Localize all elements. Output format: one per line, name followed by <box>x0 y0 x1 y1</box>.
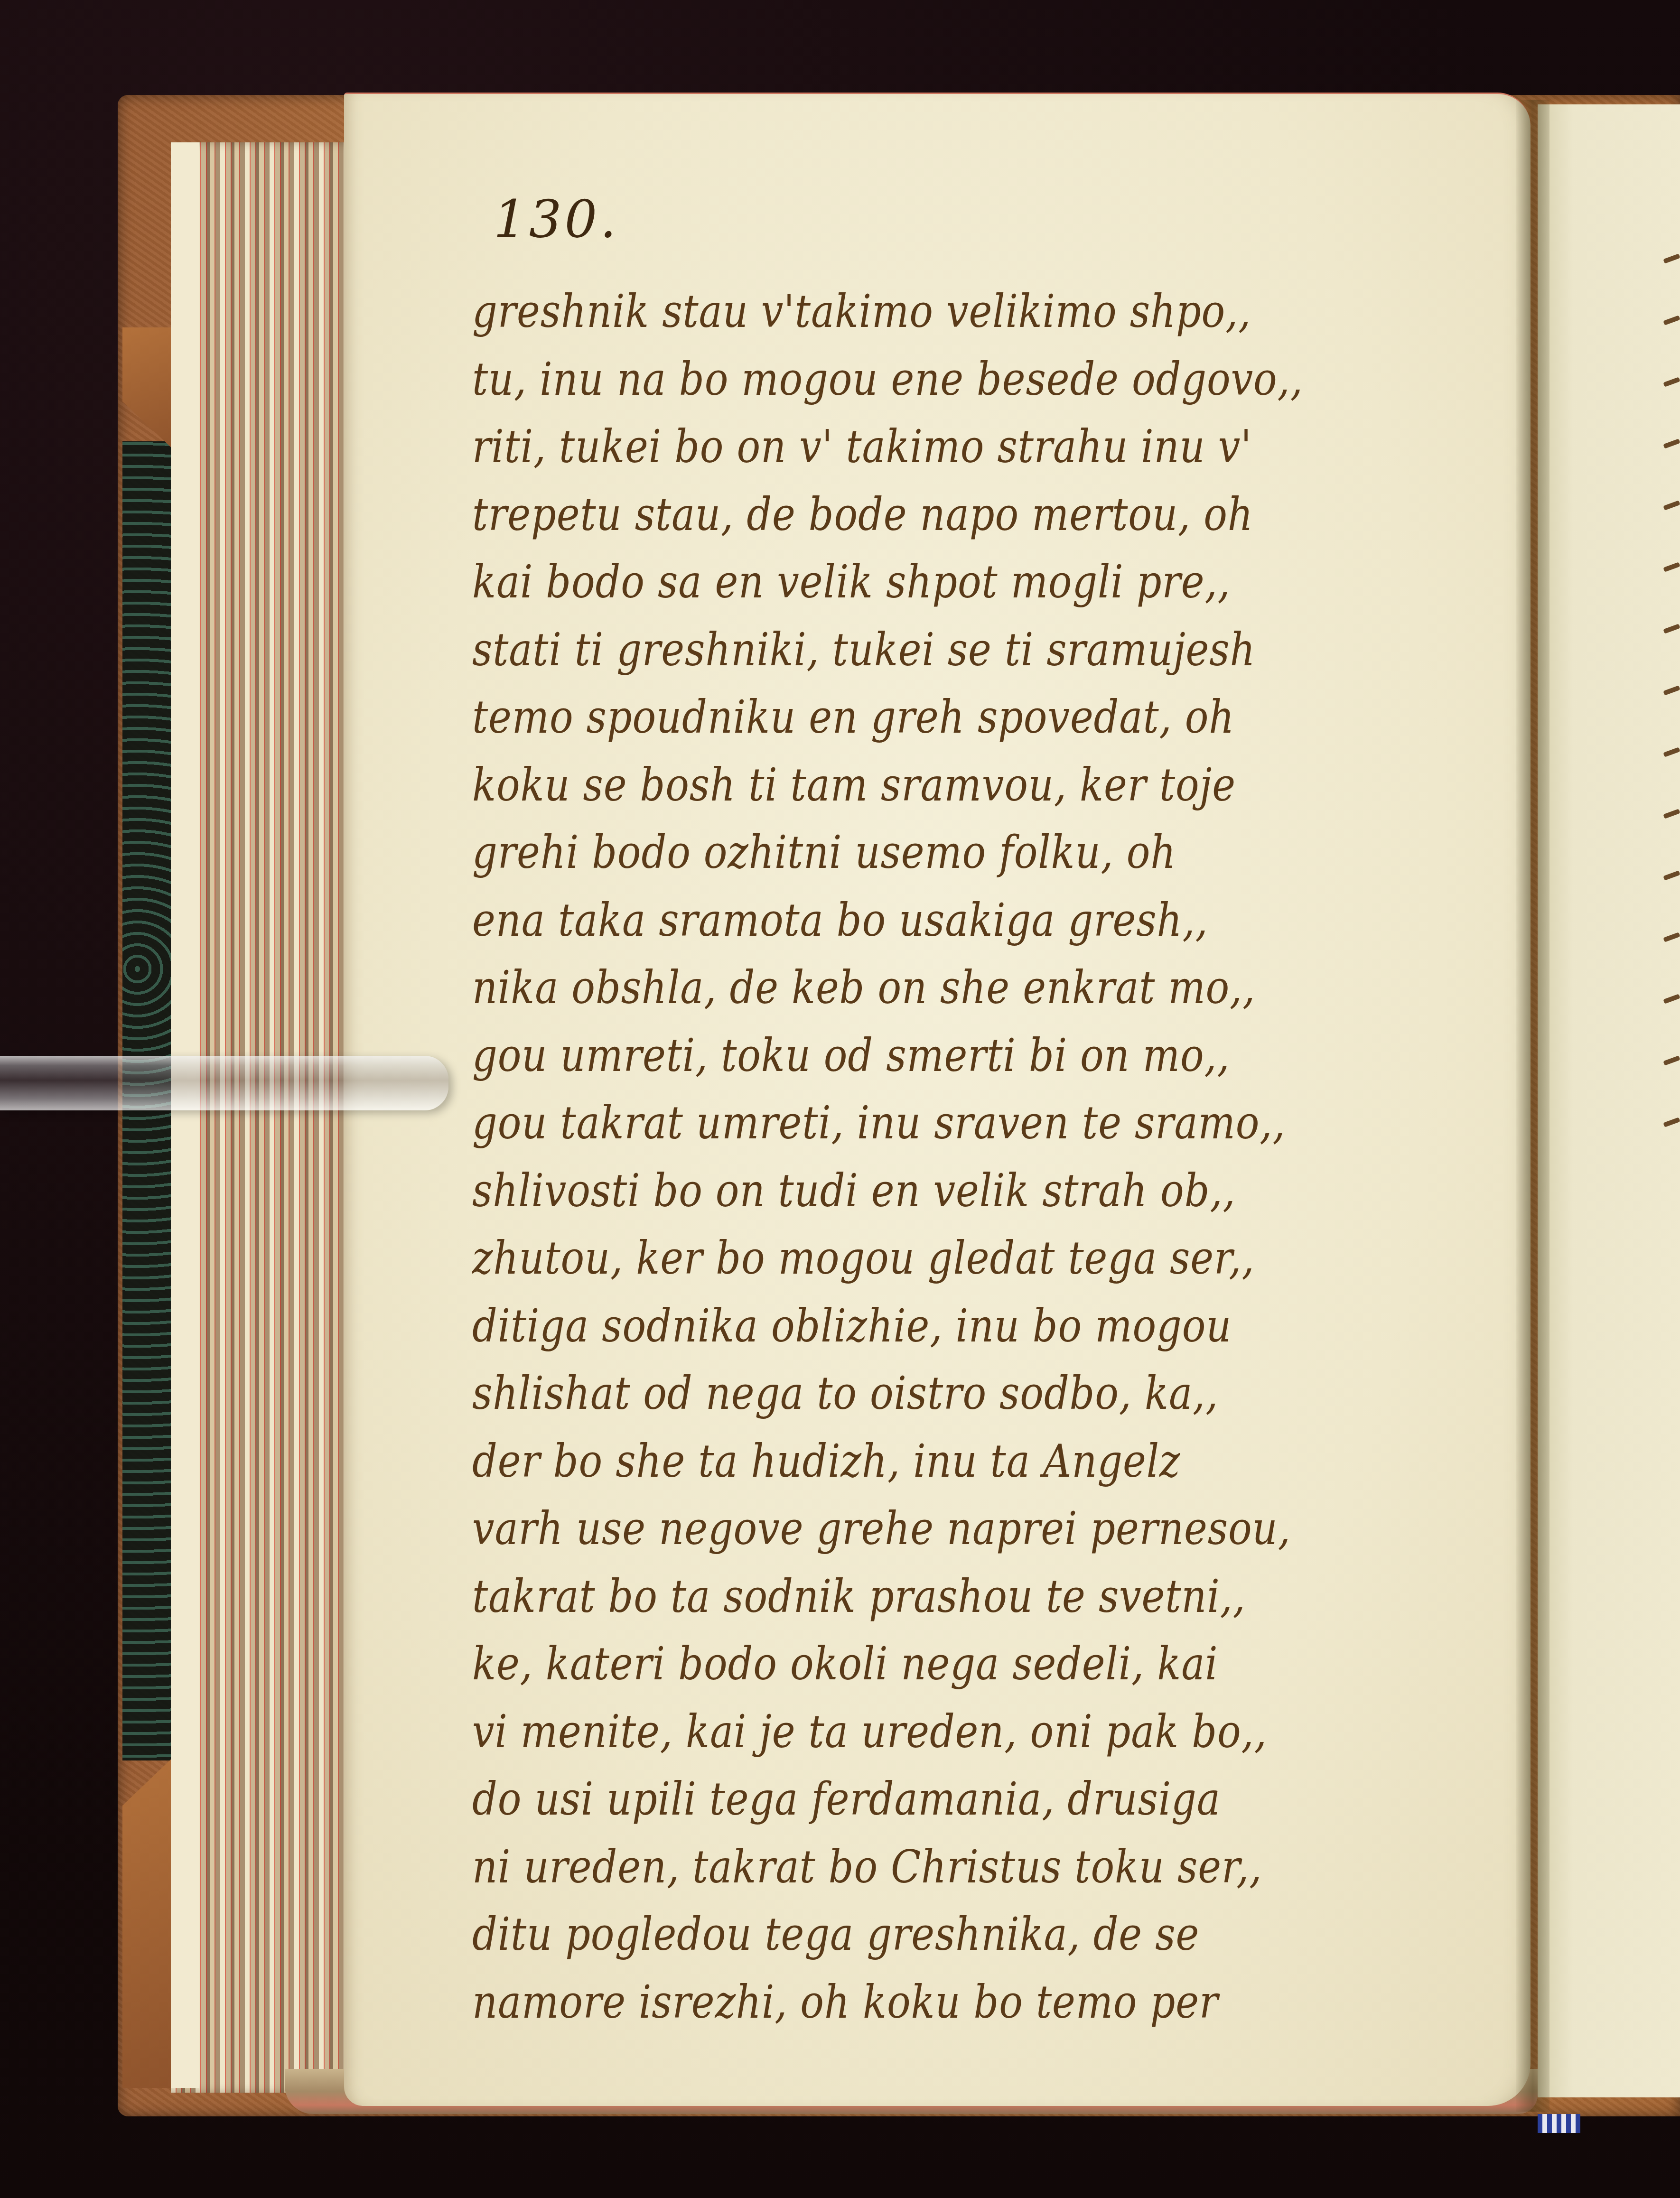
text-line: grehi bodo ozhitni usemo folku, oh <box>472 819 1378 886</box>
blue-headband <box>1538 2114 1580 2133</box>
facing-page <box>1538 104 1680 2097</box>
text-line: kai bodo sa en velik shpot mogli pre,, <box>472 548 1378 616</box>
text-line: gou takrat umreti, inu sraven te sramo,, <box>472 1089 1378 1157</box>
handwritten-text: greshnik stau v'takimo velikimo shpo,, t… <box>472 278 1526 2036</box>
text-line: gou umreti, toku od smerti bi on mo,, <box>472 1022 1378 1090</box>
page-number: 130. <box>494 190 619 249</box>
text-line: temo spoudniku en greh spovedat, oh <box>472 683 1378 751</box>
text-line: do usi upili tega ferdamania, drusiga <box>472 1765 1378 1833</box>
text-line: koku se bosh ti tam sramvou, ker toje <box>472 751 1378 819</box>
text-line: ditu pogledou tega greshnika, de se <box>472 1900 1378 1968</box>
text-line: nika obshla, de keb on she enkrat mo,, <box>472 954 1378 1022</box>
cover-corner-bottom <box>122 1756 175 2088</box>
text-line: varh use negove grehe naprei pernesou, <box>472 1495 1378 1563</box>
text-line: greshnik stau v'takimo velikimo shpo,, <box>472 278 1378 345</box>
text-line: vi menite, kai je ta ureden, oni pak bo,… <box>472 1698 1378 1766</box>
text-line: ditiga sodnika oblizhie, inu bo mogou <box>472 1292 1378 1360</box>
text-line: ena taka sramota bo usakiga gresh,, <box>472 886 1378 954</box>
text-line: shlivosti bo on tudi en velik strah ob,, <box>472 1157 1378 1225</box>
text-line: ke, kateri bodo okoli nega sedeli, kai <box>472 1630 1378 1698</box>
text-line: riti, tukei bo on v' takimo strahu inu v… <box>472 413 1378 481</box>
text-line: stati ti greshniki, tukei se ti sramujes… <box>472 616 1378 684</box>
text-line: takrat bo ta sodnik prashou te svetni,, <box>472 1563 1378 1630</box>
glass-page-weight-rod <box>0 1056 448 1110</box>
flyleaf-edge <box>171 142 199 2088</box>
page-edges-left <box>171 142 361 2093</box>
text-line: namore isrezhi, oh koku bo temo per <box>472 1968 1378 2036</box>
text-line: der bo she ta hudizh, inu ta Angelz <box>472 1427 1378 1495</box>
text-line: trepetu stau, de bode napo mertou, oh <box>472 481 1378 549</box>
text-line: ni ureden, takrat bo Christus toku ser,, <box>472 1833 1378 1901</box>
text-line: shlishat od nega to oistro sodbo, ka,, <box>472 1360 1378 1427</box>
facing-page-text-fragments <box>1663 256 1680 1395</box>
text-line: zhutou, ker bo mogou gledat tega ser,, <box>472 1224 1378 1292</box>
text-line: tu, inu na bo mogou ene besede odgovo,, <box>472 345 1378 413</box>
